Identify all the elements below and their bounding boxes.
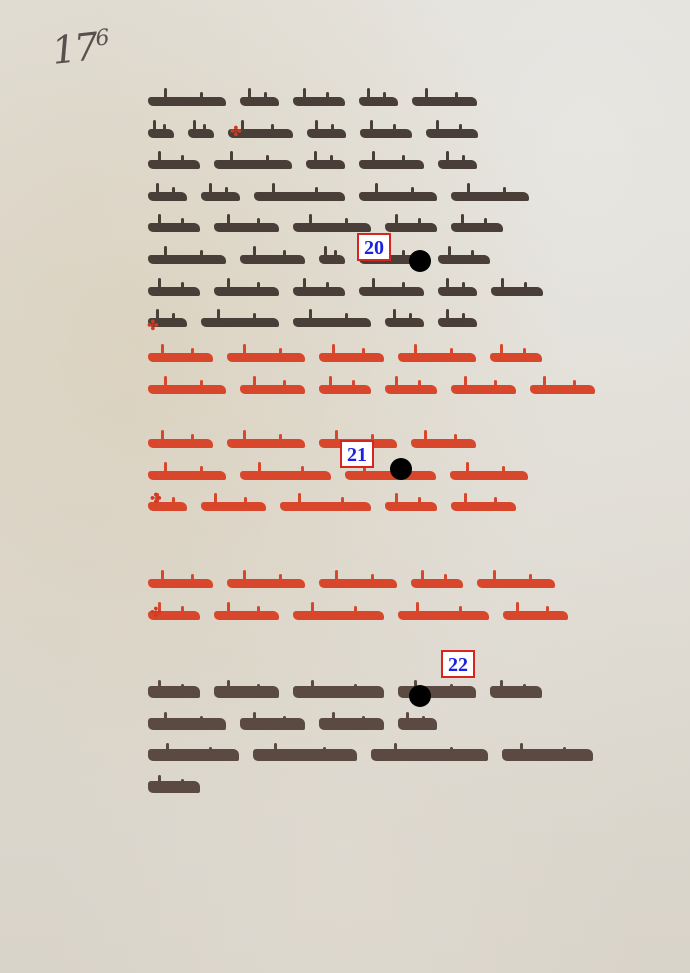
script-word: [148, 129, 174, 138]
script-word: [148, 718, 226, 730]
annotation-dot-22[interactable]: [409, 685, 431, 707]
script-word: [398, 353, 476, 362]
script-word: [307, 129, 346, 138]
script-word: [214, 223, 279, 232]
script-word: [398, 611, 489, 620]
annotation-dot-21[interactable]: [390, 458, 412, 480]
script-word: [214, 686, 279, 698]
script-line: [148, 181, 616, 201]
script-word: [319, 385, 371, 394]
script-line: [148, 710, 616, 730]
script-word: [148, 287, 200, 296]
script-word: [148, 749, 239, 761]
script-word: [359, 192, 437, 201]
script-word: [502, 749, 593, 761]
script-word: [490, 686, 542, 698]
script-line: [148, 307, 616, 327]
rubric-block-1: [148, 342, 616, 405]
script-word: [214, 611, 279, 620]
script-word: [319, 579, 397, 588]
script-word: [385, 318, 424, 327]
script-line: [148, 212, 616, 232]
script-word: [438, 255, 490, 264]
script-word: [293, 686, 384, 698]
script-word: [148, 97, 226, 106]
script-word: [148, 385, 226, 394]
script-word: [240, 385, 305, 394]
script-word: [201, 502, 266, 511]
rubric-cross-icon: ✤: [150, 605, 162, 621]
script-word: [214, 160, 292, 169]
script-line: [148, 374, 616, 394]
manuscript-page: 176 ✤✤✤✤ 20 21 22: [0, 0, 690, 973]
script-word: [240, 97, 279, 106]
script-word: [293, 223, 371, 232]
script-line: [148, 773, 616, 793]
script-word: [293, 97, 345, 106]
script-word: [451, 385, 516, 394]
script-word: [359, 287, 424, 296]
script-word: [148, 579, 213, 588]
script-word: [371, 749, 488, 761]
script-word: [491, 287, 543, 296]
folio-number-superscript: 6: [94, 26, 109, 52]
script-word: [227, 353, 305, 362]
script-word: [385, 223, 437, 232]
script-word: [240, 471, 331, 480]
script-word: [253, 749, 357, 761]
rubric-block-2: [148, 428, 616, 523]
script-word: [306, 160, 345, 169]
script-word: [451, 502, 516, 511]
script-word: [148, 471, 226, 480]
folio-number-main: 17: [50, 24, 99, 72]
script-word: [148, 353, 213, 362]
script-word: [148, 781, 200, 793]
script-word: [227, 439, 305, 448]
script-word: [148, 686, 200, 698]
script-word: [360, 129, 412, 138]
script-line: [148, 342, 616, 362]
annotation-dot-20[interactable]: [409, 250, 431, 272]
script-word: [411, 579, 463, 588]
script-word: [385, 385, 437, 394]
script-word: [438, 160, 477, 169]
script-line: [148, 276, 616, 296]
script-word: [319, 718, 384, 730]
script-word: [201, 192, 240, 201]
annotation-label-20: 20: [357, 233, 391, 261]
script-line: [148, 86, 616, 106]
folio-number: 176: [50, 23, 111, 73]
script-word: [451, 192, 529, 201]
rubric-block-3: [148, 568, 616, 631]
script-line: [148, 428, 616, 448]
script-word: [148, 223, 200, 232]
script-line: [148, 600, 616, 620]
script-line: [148, 118, 616, 138]
script-word: [503, 611, 568, 620]
script-line: [148, 568, 616, 588]
script-word: [530, 385, 595, 394]
script-word: [201, 318, 279, 327]
script-word: [412, 97, 477, 106]
script-word: [490, 353, 542, 362]
script-word: [398, 718, 437, 730]
script-word: [280, 502, 371, 511]
rubric-cross-icon: ✤: [147, 318, 159, 334]
script-word: [359, 160, 424, 169]
script-word: [240, 255, 305, 264]
script-word: [254, 192, 345, 201]
script-word: [188, 129, 214, 138]
script-word: [214, 287, 279, 296]
script-word: [148, 192, 187, 201]
script-word: [148, 255, 226, 264]
script-word: [293, 318, 371, 327]
script-word: [240, 718, 305, 730]
script-line: [148, 678, 616, 698]
script-line: [148, 741, 616, 761]
script-line: [148, 460, 616, 480]
script-word: [359, 97, 398, 106]
script-word: [385, 502, 437, 511]
script-word: [148, 160, 200, 169]
script-word: [227, 579, 305, 588]
script-word: [411, 439, 476, 448]
text-block-1: [148, 86, 616, 339]
script-word: [148, 439, 213, 448]
script-word: [319, 255, 345, 264]
text-block-4: [148, 678, 616, 804]
rubric-cross-icon: ✤: [230, 124, 242, 140]
script-word: [293, 287, 345, 296]
script-word: [293, 611, 384, 620]
script-word: [319, 353, 384, 362]
script-word: [438, 287, 477, 296]
script-word: [438, 318, 477, 327]
script-line: [148, 149, 616, 169]
script-line: [148, 491, 616, 511]
script-word: [477, 579, 555, 588]
annotation-label-22: 22: [441, 650, 475, 678]
script-word: [426, 129, 478, 138]
annotation-label-21: 21: [340, 440, 374, 468]
script-word: [451, 223, 503, 232]
rubric-cross-icon: ✤: [150, 491, 162, 507]
script-word: [450, 471, 528, 480]
